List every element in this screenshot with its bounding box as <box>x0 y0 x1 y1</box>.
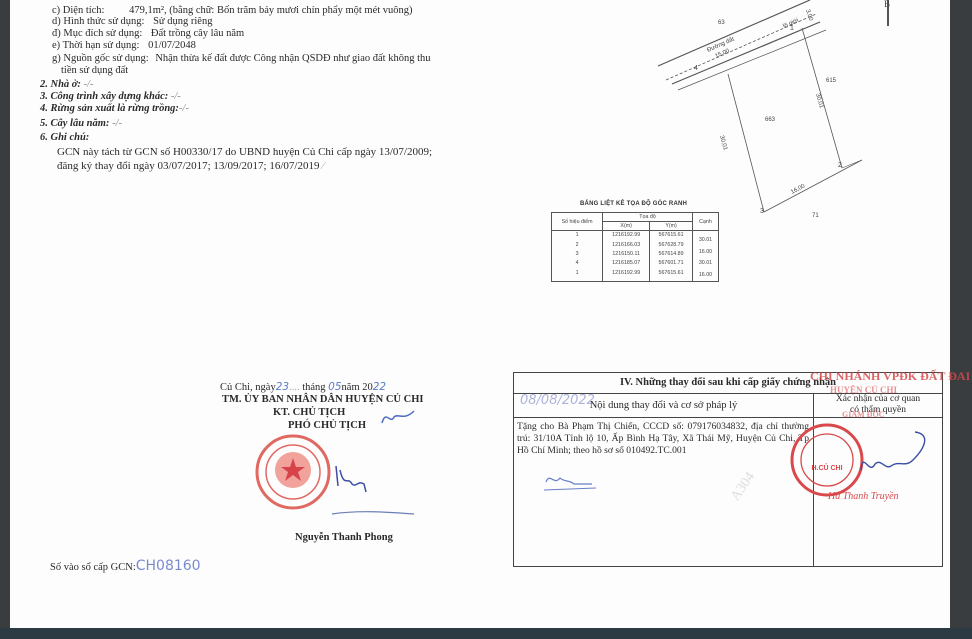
signer-name: Nguyễn Thanh Phong <box>295 531 393 545</box>
cell-point: 1 <box>552 268 603 281</box>
date-month: 05 <box>328 381 341 393</box>
cell-x: 1216192.99 <box>603 231 650 241</box>
edge-right: 30,01 <box>814 93 824 110</box>
cell-y: 567628.79 <box>650 240 693 249</box>
date-prefix: Củ Chi, ngày <box>220 382 276 393</box>
cell-edges: 30.01 16.00 30.01 16.00 <box>692 231 718 282</box>
official-seal-icon <box>253 432 333 512</box>
registry-row: Số vào sổ cấp GCN:CH08160 <box>50 559 201 575</box>
col-edge: Cạnh <box>692 213 718 231</box>
col-y: Y(m) <box>650 222 693 231</box>
cell-y: 567614.89 <box>650 250 693 259</box>
edge-value: 30.01 <box>695 258 716 270</box>
month-label: tháng <box>302 382 325 393</box>
origin-value: Nhận thừa kế đất được Công nhận QSDĐ như… <box>155 53 430 64</box>
use-form-value: Sử dụng riêng <box>153 16 212 27</box>
col-coords: Tọa độ <box>603 213 693 222</box>
use-form-label: d) Hình thức sử dụng: <box>52 16 144 27</box>
section-label: 4. Rừng sản xuất là rừng trồng: <box>40 103 179 114</box>
section-value: -/- <box>171 91 181 102</box>
purpose-label: đ) Mục đích sử dụng: <box>52 28 142 39</box>
year-label: năm 20 <box>342 382 373 393</box>
edge-value: 16.00 <box>695 270 716 282</box>
north-label: B <box>884 0 890 9</box>
date-day: 23 <box>276 381 289 393</box>
viewer-bottom-bar <box>0 628 972 639</box>
signer-role-1: KT. CHỦ TỊCH <box>273 406 345 420</box>
cell-x: 1216185.07 <box>603 259 650 268</box>
note-line-1: GCN này tách từ GCN số H00330/17 do UBND… <box>57 145 432 159</box>
section-label: 5. Cây lâu năm: <box>40 118 109 129</box>
registry-value: CH08160 <box>136 558 201 574</box>
cell-x: 1216192.99 <box>603 268 650 281</box>
section-value: -/- <box>84 79 94 90</box>
cell-point: 4 <box>552 259 603 268</box>
term-label: e) Thời hạn sử dụng: <box>52 40 139 51</box>
origin-label: g) Nguồn gốc sử dụng: <box>52 53 149 64</box>
vertex-2: 2 <box>838 162 842 169</box>
neighbor-71: 71 <box>812 213 819 219</box>
purpose-value: Đất trồng cây lâu năm <box>151 28 244 39</box>
signature-initial-icon <box>378 405 418 429</box>
date-year: 22 <box>373 381 386 393</box>
origin-value-cont: tiền sử dụng đất <box>61 64 128 78</box>
change-content: Tặng cho Bà Phạm Thị Chiến, CCCD số: 079… <box>514 418 812 460</box>
coord-table-title: BẢNG LIỆT KÊ TỌA ĐỘ GÓC RANH <box>580 201 687 207</box>
cell-x: 1216166.03 <box>603 240 650 249</box>
handwritten-date: 08/08/2022 <box>520 394 595 408</box>
cell-y: 567615.61 <box>650 231 693 241</box>
stamp-header: CHI NHÁNH VPĐK ĐẤT ĐAI <box>810 369 970 383</box>
signer-role-2: PHÓ CHỦ TỊCH <box>288 419 366 433</box>
vertex-3: 3 <box>760 208 764 215</box>
section-forest: 4. Rừng sản xuất là rừng trồng:-/- <box>40 102 189 116</box>
neighbor-615: 615 <box>826 78 837 84</box>
parcel-number: 663 <box>765 117 776 123</box>
signature-icon <box>328 462 418 522</box>
term-row: e) Thời hạn sử dụng: 01/07/2048 <box>52 39 196 53</box>
initial-signature-icon <box>540 470 600 492</box>
cell-point: 1 <box>552 231 603 241</box>
stamp-subheader: HUYỆN CỦ CHI <box>830 383 897 397</box>
vertex-4: 4 <box>694 65 698 72</box>
cell-x: 1216150.11 <box>603 250 650 259</box>
cell-y: 567615.61 <box>650 268 693 281</box>
cell-y: 567601.71 <box>650 259 693 268</box>
neighbor-63: 63 <box>718 20 725 26</box>
seal-text: H.CỦ CHI <box>811 463 842 472</box>
section-perennial: 5. Cây lâu năm: -/- <box>40 117 122 131</box>
road-width: 3,00 <box>804 9 814 23</box>
header-point: Số hiệu điểm <box>562 219 593 225</box>
plot-map: 63 615 663 71 1 2 3 4 Đường đất 15,00 lộ… <box>630 0 950 225</box>
table-row: 1 1216192.99 567615.61 30.01 16.00 30.01… <box>552 231 719 241</box>
cell-point: 2 <box>552 240 603 249</box>
registry-label: Số vào sổ cấp GCN: <box>50 562 136 573</box>
edge-value: 30.01 <box>695 235 716 247</box>
note-line-2-text: đăng ký thay đổi ngày 03/07/2017; 13/09/… <box>57 160 319 172</box>
document-page: c) Diện tích: 479,1m², (bằng chữ: Bốn tr… <box>10 0 950 628</box>
section-label: 2. Nhà ở: <box>40 79 81 90</box>
edge-value: 16.00 <box>695 247 716 259</box>
certifier-name: Hà Thanh Truyền <box>828 490 899 504</box>
section-value: -/- <box>112 118 122 129</box>
term-value: 01/07/2048 <box>148 40 196 51</box>
col-x: X(m) <box>603 222 650 231</box>
section-label: 3. Công trình xây dựng khác: <box>40 91 168 102</box>
section-value: -/- <box>179 103 189 114</box>
coord-table: Số hiệu điểm Tọa độ Cạnh X(m) Y(m) 1 121… <box>551 212 719 282</box>
certifier-signature-icon <box>855 430 935 480</box>
section-notes: 6. Ghi chú: <box>40 131 89 145</box>
note-line-2: đăng ký thay đổi ngày 03/07/2017; 13/09/… <box>57 159 324 173</box>
edge-left: 30,01 <box>718 135 728 152</box>
col-point: Số hiệu điểm <box>552 213 603 231</box>
cell-point: 3 <box>552 250 603 259</box>
